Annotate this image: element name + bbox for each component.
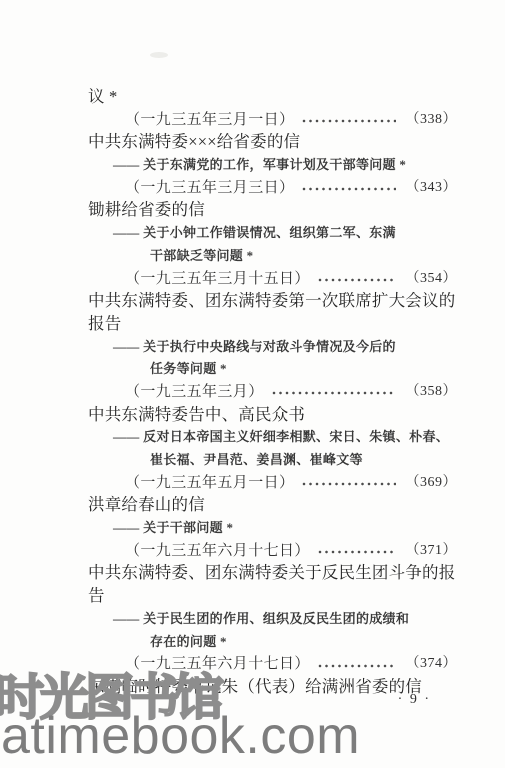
toc-entry-title: 中共东满特委、团东满特委关于反民生团斗争的报 (88, 562, 457, 585)
toc-page-ref: （371） (406, 540, 458, 563)
toc-entry-subtitle: —— 关于民生团的作用、组织及反民生团的成绩和 (113, 608, 457, 631)
toc-page-ref: （369） (406, 472, 458, 495)
dot-leader (318, 664, 396, 668)
dot-leader (302, 187, 395, 191)
toc-entry-date: （一九三五年三月三日）（343） (125, 177, 457, 200)
toc-entry-date-text: （一九三五年三月三日） (125, 177, 294, 200)
toc-entry-date-text: （一九三五年三月十五日） (125, 268, 310, 291)
scan-smudge (150, 52, 168, 58)
toc-entry-date: （一九三五年三月一日）（338） (125, 109, 457, 132)
toc-entry-date-text: （一九三五年五月一日） (125, 472, 294, 495)
toc-entry-subtitle-cont: 崔长福、尹昌范、姜昌渊、崔峰文等 (150, 449, 457, 472)
toc-entry-subtitle: —— 反对日本帝国主义奸细李相默、宋日、朱镇、朴春、 (113, 426, 457, 449)
toc-page-ref: （358） (406, 381, 458, 404)
toc-entry-date: （一九三五年五月一日）（369） (125, 472, 457, 495)
dot-leader (302, 482, 395, 486)
toc-list: 议 *（一九三五年三月一日）（338）中共东满特委×××给省委的信—— 关于东满… (88, 86, 457, 699)
toc-page-ref: （354） (406, 268, 458, 291)
page-number: · 9 · (398, 692, 431, 708)
toc-entry-date-text: （一九三五年六月十七日） (125, 540, 310, 563)
toc-entry-date: （一九三五年三月）（358） (125, 381, 457, 404)
toc-entry-title: 洪章给春山的信 (88, 494, 457, 517)
toc-entry-subtitle: —— 关于东满党的工作，军事计划及干部等问题 * (113, 154, 457, 177)
toc-entry-title: 中共东满特委×××给省委的信 (88, 131, 457, 154)
toc-entry-title: 报告 (88, 313, 457, 336)
toc-entry-subtitle: —— 关于干部问题 * (113, 517, 457, 540)
toc-page-ref: （338） (406, 109, 458, 132)
book-page: 议 *（一九三五年三月一日）（338）中共东满特委×××给省委的信—— 关于东满… (0, 0, 505, 768)
toc-entry-subtitle: —— 关于执行中央路线与对敌斗争情况及今后的 (113, 336, 457, 359)
toc-entry-subtitle-cont: 干部缺乏等问题 * (150, 245, 457, 268)
dot-leader (318, 278, 396, 282)
dot-leader (318, 550, 396, 554)
toc-entry-subtitle-cont: 任务等问题 * (150, 358, 457, 381)
toc-entry-title: 中共东满特委告中、高民众书 (88, 404, 457, 427)
toc-entry-subtitle: —— 关于小钟工作错误情况、组织第二军、东满 (113, 222, 457, 245)
toc-page-ref: （343） (406, 177, 458, 200)
toc-entry-title: 锄耕给省委的信 (88, 199, 457, 222)
toc-entry-title: 中共东满特委、团东满特委第一次联席扩大会议的 (88, 290, 457, 313)
toc-entry-title: 议 * (88, 86, 457, 109)
watermark-site-url: atimebook.com (1, 706, 360, 766)
toc-entry-date: （一九三五年三月十五日）（354） (125, 268, 457, 291)
toc-entry-date-text: （一九三五年三月一日） (125, 109, 294, 132)
dot-leader (302, 119, 395, 123)
dot-leader (272, 391, 396, 395)
toc-page-ref: （374） (406, 653, 458, 676)
toc-entry-date: （一九三五年六月十七日）（371） (125, 540, 457, 563)
toc-entry-subtitle-cont: 存在的问题 * (150, 631, 457, 654)
toc-entry-date-text: （一九三五年三月） (125, 381, 264, 404)
toc-entry-title: 告 (88, 585, 457, 608)
